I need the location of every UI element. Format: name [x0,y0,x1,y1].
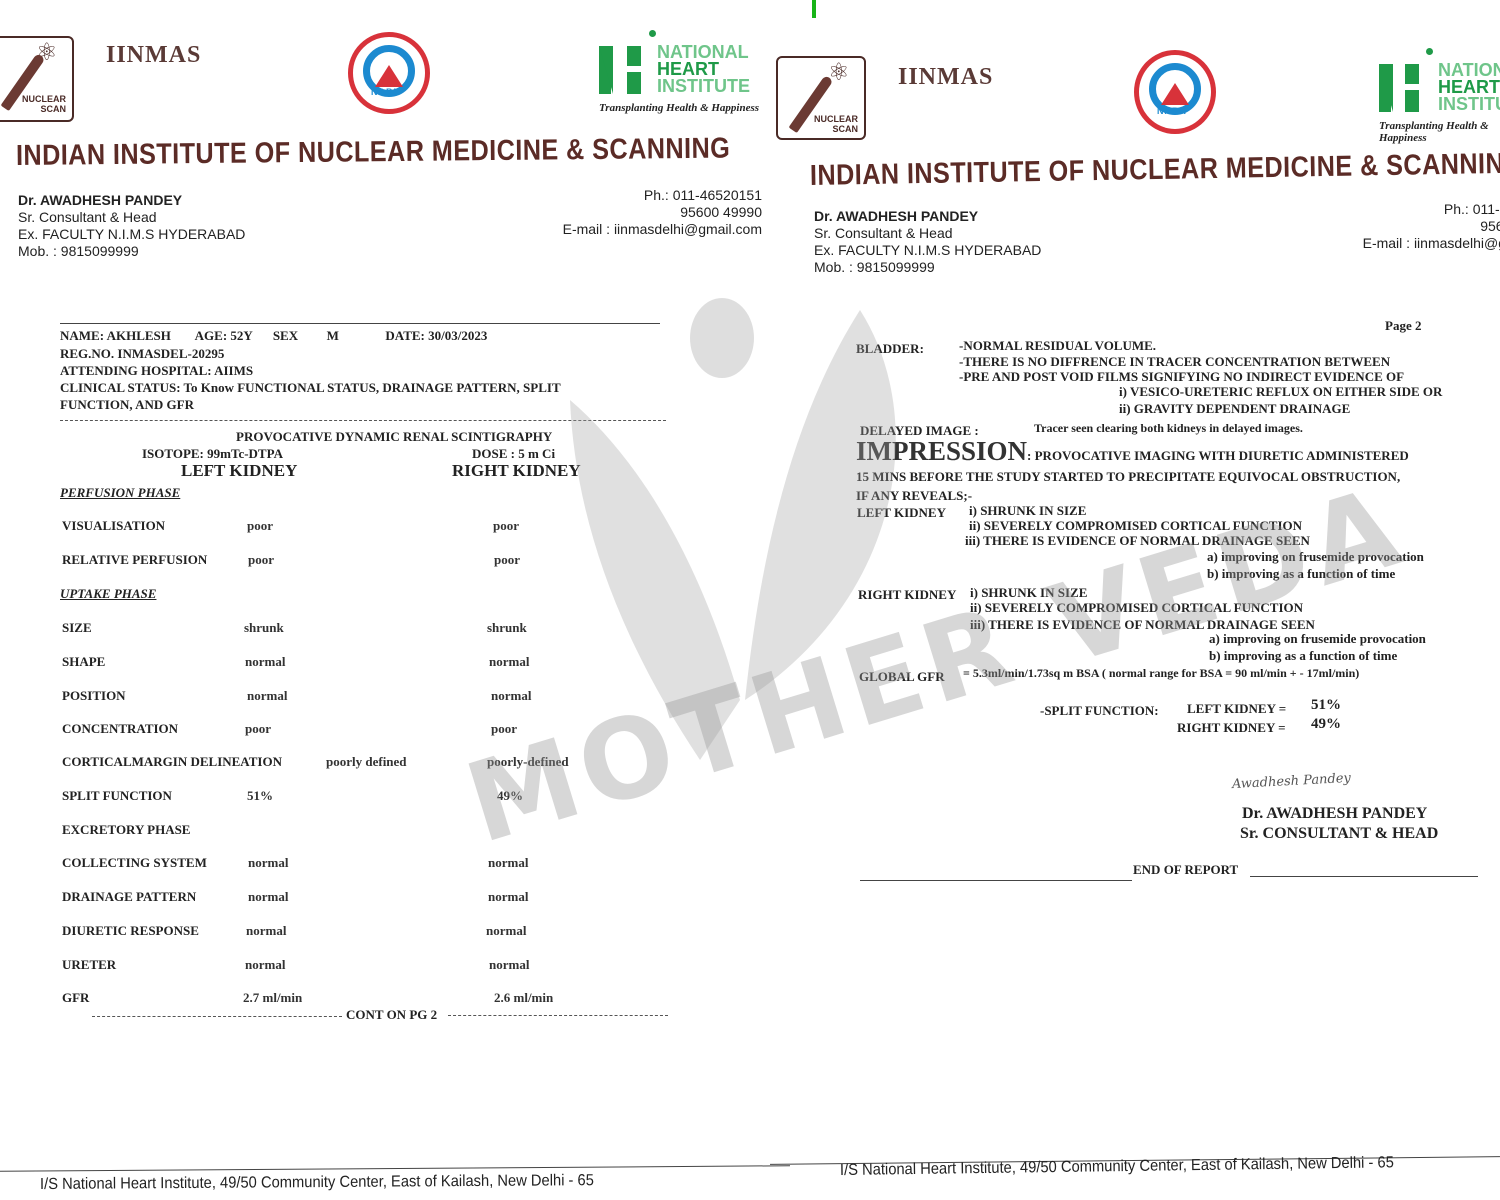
left-kidney-finding: i) SHRUNK IN SIZE [969,503,1086,519]
row-label: DRAINAGE PATTERN [62,889,196,905]
right-kidney-value: poor [493,518,519,534]
row-label: SHAPE [62,654,105,670]
divider [1250,876,1478,877]
split-right-value: 49% [1311,716,1341,732]
bladder-line: i) VESICO-URETERIC REFLUX ON EITHER SIDE… [1119,384,1442,400]
nuclear-scan-label: NUCLEAR SCAN [8,94,66,114]
phone-2: 95600 49990 [1330,218,1500,235]
doctor-info: Dr. AWADHESH PANDEY Sr. Consultant & Hea… [18,192,245,260]
divider [92,1016,342,1017]
divider [448,1015,668,1016]
divider [860,880,1132,881]
right-kidney-value: poor [494,552,520,568]
row-label: DIURETIC RESPONSE [62,923,199,939]
row-label: SPLIT FUNCTION [62,788,172,804]
impression-text: IF ANY REVEALS;- [856,488,972,504]
left-kidney-value: 51% [247,788,273,804]
right-kidney-finding: i) SHRUNK IN SIZE [970,585,1087,601]
left-kidney-value: poor [247,518,273,534]
bladder-line: -THERE IS NO DIFFRENCE IN TRACER CONCENT… [959,354,1390,370]
row-label: VISUALISATION [62,518,165,534]
right-kidney-label: RIGHT KIDNEY [858,587,956,603]
excretory-phase-heading: EXCRETORY PHASE [62,822,190,838]
page-number: Page 2 [1385,318,1421,334]
left-kidney-finding: ii) SEVERELY COMPROMISED CORTICAL FUNCTI… [969,518,1302,534]
doctor-info: Dr. AWADHESH PANDEY Sr. Consultant & Hea… [814,208,1041,276]
nabh-logo: NABH [348,32,430,114]
continuation-note: CONT ON PG 2 [346,1006,437,1023]
split-left-value: 51% [1311,697,1341,713]
bladder-line: ii) GRAVITY DEPENDENT DRAINAGE [1119,401,1350,417]
nhi-logo-mark [599,30,651,96]
right-kidney-value: normal [486,923,526,939]
report-page-2: ⚛ NUCLEAR SCAN IINMAS NABH NATIONAL HEAR… [770,0,1500,1200]
patient-line: NAME: AKHLESH AGE: 52Y SEX M DATE: 30/03… [60,327,487,344]
end-of-report: END OF REPORT [1133,862,1238,878]
right-kidney-value: normal [488,889,528,905]
right-kidney-value: 2.6 ml/min [494,990,553,1006]
row-label: URETER [62,957,116,973]
column-left-kidney: LEFT KIDNEY [181,462,297,479]
iinmas-label: IINMAS [898,64,993,91]
bladder-line: -PRE AND POST VOID FILMS SIGNIFYING NO I… [959,369,1404,385]
signature: Awadhesh Pandey [1232,771,1352,792]
divider [60,420,666,421]
email: E-mail : iinmasdelhi@gmail.com [1330,235,1500,252]
doctor-faculty: Ex. FACULTY N.I.M.S HYDERABAD [18,226,245,243]
right-kidney-value: poorly-defined [487,754,569,770]
left-kidney-value: normal [246,923,286,939]
left-kidney-value: poor [248,552,274,568]
column-right-kidney: RIGHT KIDNEY [452,462,581,479]
bladder-label: BLADDER: [856,341,924,357]
row-label: POSITION [62,688,126,704]
left-kidney-subfinding: a) improving on frusemide provocation [1207,549,1424,565]
nhi-logo-mark [1379,48,1431,114]
nuclear-scan-label: NUCLEAR SCAN [798,114,858,134]
left-kidney-finding: iii) THERE IS EVIDENCE OF NORMAL DRAINAG… [965,533,1310,549]
right-kidney-value: shrunk [487,620,527,636]
left-kidney-value: poorly defined [326,754,407,770]
uptake-phase-heading: UPTAKE PHASE [60,586,156,602]
impression-heading: IMPRESSION [856,436,1027,466]
clinical-status: CLINICAL STATUS: To Know FUNCTIONAL STAT… [60,379,561,396]
footer-divider [0,1165,790,1172]
doctor-designation: Sr. Consultant & Head [814,225,1041,242]
left-kidney-label: LEFT KIDNEY [857,505,946,521]
iinmas-label: IINMAS [106,42,201,69]
right-kidney-value: 49% [497,788,523,804]
email: E-mail : iinmasdelhi@gmail.com [530,221,762,238]
right-kidney-value: poor [491,721,517,737]
signatory-name: Dr. AWADHESH PANDEY [1242,804,1427,824]
split-right-label: RIGHT KIDNEY = [1177,720,1286,736]
signatory-title: Sr. CONSULTANT & HEAD [1240,824,1438,844]
global-gfr-label: GLOBAL GFR [859,669,945,685]
nhi-logo-text: NATIONAL HEART INSTITUTE [1438,62,1500,113]
nuclear-scan-logo: ⚛ NUCLEAR SCAN [0,36,74,122]
divider [60,323,660,324]
nuclear-scan-logo: ⚛ NUCLEAR SCAN [776,56,866,140]
right-kidney-finding: ii) SEVERELY COMPROMISED CORTICAL FUNCTI… [970,600,1303,616]
doctor-name: Dr. AWADHESH PANDEY [814,208,1041,225]
row-label: RELATIVE PERFUSION [62,552,207,568]
right-kidney-value: normal [491,688,531,704]
nabh-logo: NABH [1134,50,1216,134]
left-kidney-value: normal [247,688,287,704]
institute-title: INDIAN INSTITUTE OF NUCLEAR MEDICINE & S… [16,133,731,173]
left-kidney-value: shrunk [244,620,284,636]
row-label: CORTICALMARGIN DELINEATION [62,754,282,770]
row-label: GFR [62,990,89,1006]
footer-address: I/S National Heart Institute, 49/50 Comm… [40,1172,594,1194]
institute-title: INDIAN INSTITUTE OF NUCLEAR MEDICINE & S… [810,148,1500,193]
left-kidney-value: normal [245,957,285,973]
phone-1: Ph.: 011-46520151 [1330,201,1500,218]
right-kidney-subfinding: a) improving on frusemide provocation [1209,631,1426,647]
study-title: PROVOCATIVE DYNAMIC RENAL SCINTIGRAPHY [236,428,552,445]
bladder-line: -NORMAL RESIDUAL VOLUME. [959,338,1156,354]
phone-2: 95600 49990 [530,204,762,221]
nhi-tagline: Transplanting Health & Happiness [1379,120,1500,144]
row-label: SIZE [62,620,92,636]
isotope: ISOTOPE: 99mTc-DTPA [142,445,283,462]
doctor-name: Dr. AWADHESH PANDEY [18,192,245,209]
delayed-image-text: Tracer seen clearing both kidneys in del… [1034,420,1303,436]
right-kidney-value: normal [489,957,529,973]
phone-1: Ph.: 011-46520151 [530,187,762,204]
left-kidney-subfinding: b) improving as a function of time [1207,566,1395,582]
doctor-mobile: Mob. : 9815099999 [18,243,245,260]
doctor-mobile: Mob. : 9815099999 [814,259,1041,276]
perfusion-phase-heading: PERFUSION PHASE [60,485,180,501]
right-kidney-subfinding: b) improving as a function of time [1209,648,1397,664]
dose: DOSE : 5 m Ci [472,445,555,462]
left-kidney-value: 2.7 ml/min [243,990,302,1006]
contact-info: Ph.: 011-46520151 95600 49990 E-mail : i… [530,187,762,238]
row-label: COLLECTING SYSTEM [62,855,207,871]
attending-hospital: ATTENDING HOSPITAL: AIIMS [60,362,253,379]
global-gfr-value: = 5.3ml/min/1.73sq m BSA ( normal range … [963,665,1359,681]
split-left-label: LEFT KIDNEY = [1187,701,1286,717]
left-kidney-value: normal [248,855,288,871]
nhi-tagline: Transplanting Health & Happiness [599,102,759,114]
contact-info: Ph.: 011-46520151 95600 49990 E-mail : i… [1330,201,1500,252]
clinical-status-cont: FUNCTION, AND GFR [60,396,194,413]
right-kidney-value: normal [488,855,528,871]
split-function-label: -SPLIT FUNCTION: [1040,703,1159,719]
nhi-logo-text: NATIONAL HEART INSTITUTE [657,44,750,95]
left-kidney-value: poor [245,721,271,737]
left-kidney-value: normal [245,654,285,670]
reg-no: REG.NO. INMASDEL-20295 [60,345,224,362]
right-kidney-value: normal [489,654,529,670]
impression-line: IMPRESSION: PROVOCATIVE IMAGING WITH DIU… [856,436,1409,467]
report-page-1: ⚛ NUCLEAR SCAN IINMAS NABH NATIONAL HEAR… [0,0,790,1200]
row-label: CONCENTRATION [62,721,178,737]
footer-address: I/S National Heart Institute, 49/50 Comm… [840,1154,1394,1180]
doctor-designation: Sr. Consultant & Head [18,209,245,226]
left-kidney-value: normal [248,889,288,905]
impression-text: 15 MINS BEFORE THE STUDY STARTED TO PREC… [856,469,1400,485]
doctor-faculty: Ex. FACULTY N.I.M.S HYDERABAD [814,242,1041,259]
